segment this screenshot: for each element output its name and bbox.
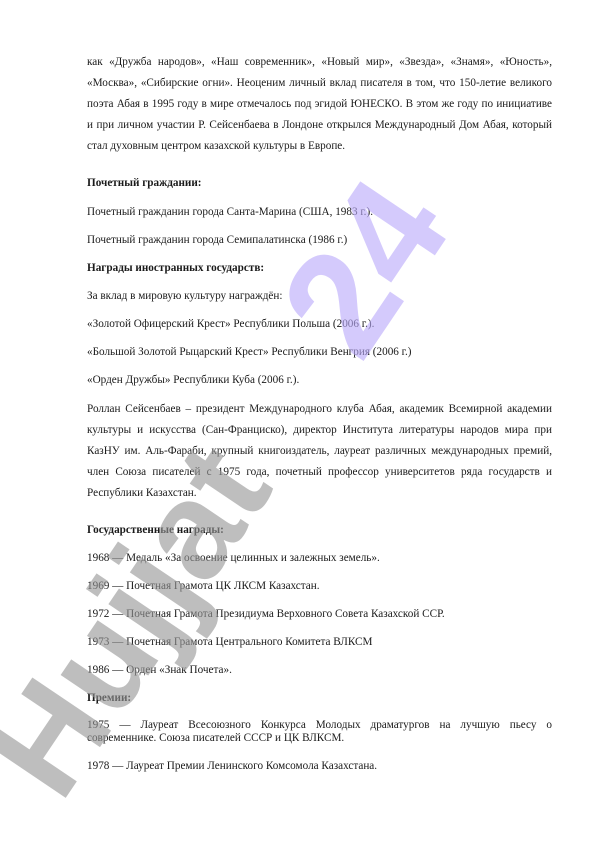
foreign-awards-intro: За вклад в мировую культуру награждён:: [87, 289, 552, 303]
state-award-item: 1969 — Почетная Грамота ЦК ЛКСМ Казахста…: [87, 579, 552, 593]
prizes-heading: Премии:: [87, 691, 552, 705]
page-content: как «Дружба народов», «Наш современник»,…: [87, 52, 552, 773]
foreign-award-item: «Золотой Офицерский Крест» Республики По…: [87, 317, 552, 331]
state-award-item: 1973 — Почетная Грамота Центрального Ком…: [87, 635, 552, 649]
foreign-awards-heading: Награды иностранных государств:: [87, 261, 552, 275]
honorary-citizen-heading: Почетный граждании:: [87, 176, 552, 190]
foreign-award-item: «Орден Дружбы» Республики Куба (2006 г.)…: [87, 373, 552, 387]
document-page: как «Дружба народов», «Наш современник»,…: [0, 0, 596, 842]
honorary-citizen-item: Почетный гражданин города Санта-Марина (…: [87, 205, 552, 219]
prize-item: 1975 — Лауреат Всесоюзного Конкурса Моло…: [87, 719, 552, 745]
state-award-item: 1968 — Медаль «За освоение целинных и за…: [87, 551, 552, 565]
state-awards-heading: Государственные награды:: [87, 523, 552, 537]
foreign-award-item: «Большой Золотой Рыцарский Крест» Респуб…: [87, 345, 552, 359]
honorary-citizen-item: Почетный гражданин города Семипалатинска…: [87, 233, 552, 247]
bio-paragraph: Роллан Сейсенбаев – президент Международ…: [87, 399, 552, 504]
state-award-item: 1972 — Почетная Грамота Президиума Верхо…: [87, 607, 552, 621]
intro-paragraph: как «Дружба народов», «Наш современник»,…: [87, 52, 552, 157]
state-award-item: 1986 — Орден «Знак Почета».: [87, 663, 552, 677]
prize-item: 1978 — Лауреат Премии Ленинского Комсомо…: [87, 759, 552, 773]
